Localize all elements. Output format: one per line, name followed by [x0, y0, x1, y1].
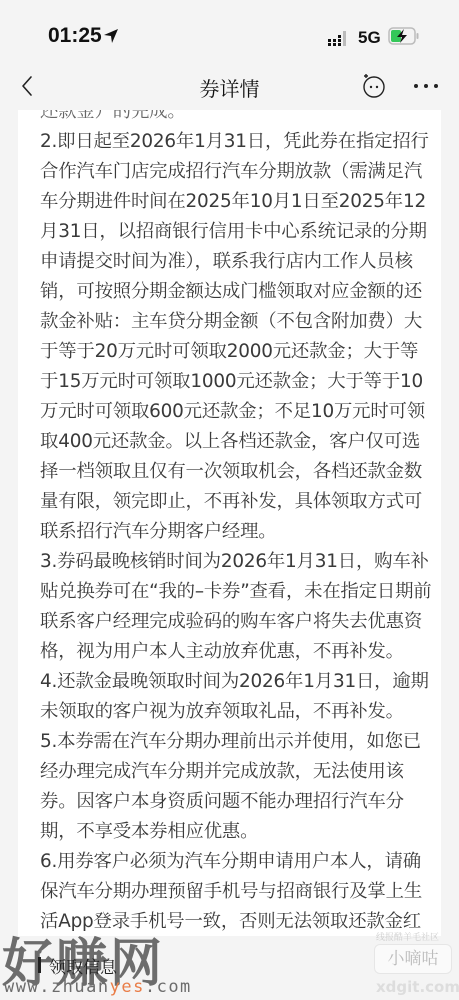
- section-title: 领取信息: [49, 953, 117, 978]
- watermark-right-caption: 线报酷羊毛社区: [376, 930, 439, 943]
- watermark-right: 线报酷羊毛社区 小嘀咕 xdgit.com: [372, 926, 457, 1000]
- rule-item-3: 3.券码最晚核销时间为2026年1月31日，购车补贴兑换券可在“我的–卡券”查看…: [40, 547, 432, 667]
- nav-bar: 券详情: [0, 60, 459, 110]
- watermark-right-url: xdgit.com: [376, 978, 459, 996]
- section-heading-claim-info: 领取信息: [38, 952, 117, 978]
- rule-item-4: 4.还款金最晚领取时间为2026年1月31日，逾期未领取的客户视为放弃领取礼品，…: [40, 667, 432, 727]
- status-time: 01:25: [48, 24, 102, 48]
- rules-text: 还款金）的完成。 2.即日起至2026年1月31日，凭此券在指定招行合作汽车门店…: [40, 110, 432, 936]
- watermark-right-logo: 小嘀咕: [374, 944, 452, 974]
- coupon-rules-card: 还款金）的完成。 2.即日起至2026年1月31日，凭此券在指定招行合作汽车门店…: [18, 110, 441, 936]
- rule-item-5: 5.本券需在汽车分期办理前出示并使用，如您已经办理完成汽车分期并完成放款，无法使…: [40, 727, 432, 847]
- rules-partial-line: 还款金）的完成。: [40, 110, 432, 127]
- rule-item-2: 2.即日起至2026年1月31日，凭此券在指定招行合作汽车门店完成招行汽车分期放…: [40, 127, 432, 547]
- signal-icon: [328, 30, 350, 46]
- location-arrow-icon: [103, 28, 119, 44]
- mini-program-face-icon[interactable]: [361, 73, 387, 99]
- network-type: 5G: [358, 28, 381, 48]
- watermark-url-accent: yes: [110, 977, 145, 997]
- watermark-url: www.zhuanyes.com: [4, 977, 192, 997]
- watermark-url-suffix: .com: [145, 977, 192, 997]
- watermark-url-prefix: www.zhuan: [4, 977, 110, 997]
- battery-charging-icon: [388, 27, 420, 45]
- more-dots-icon[interactable]: [412, 82, 440, 90]
- section-marker: [38, 957, 41, 973]
- page-title: 券详情: [0, 73, 459, 102]
